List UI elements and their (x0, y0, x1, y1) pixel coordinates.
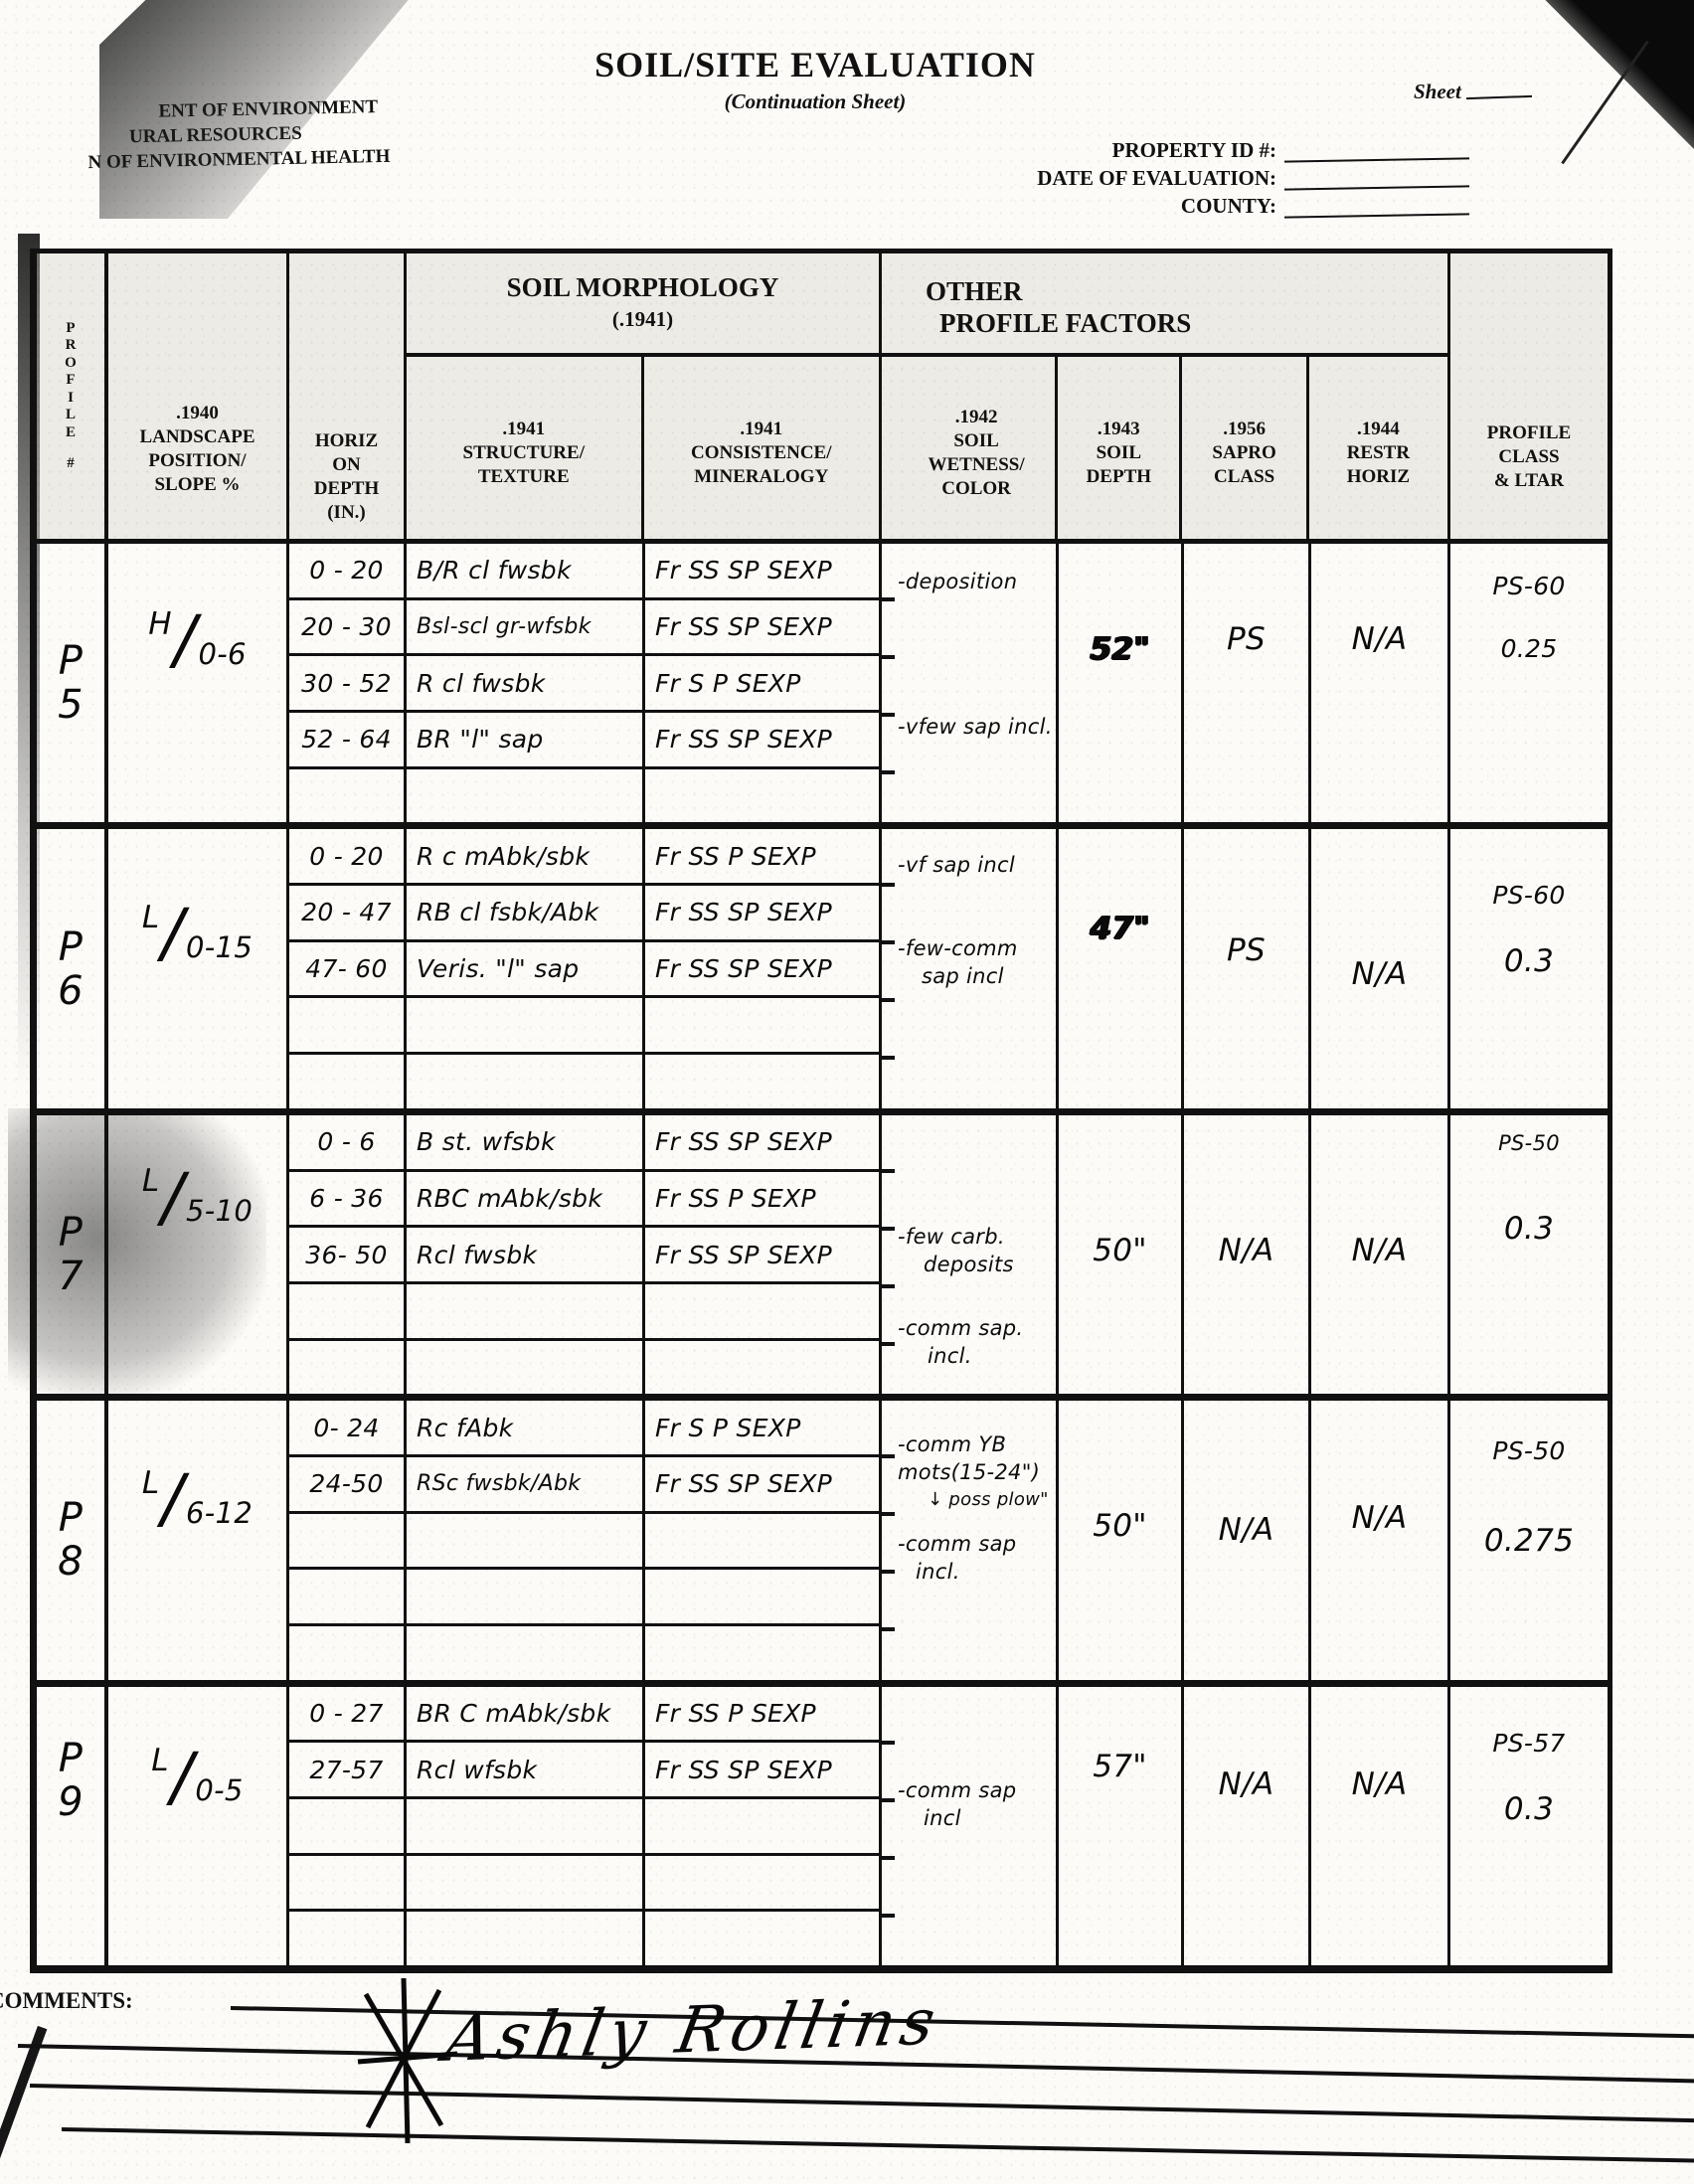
horizon-depth-value: 6 - 36 (309, 1184, 383, 1213)
form-fields: PROPERTY ID #: DATE OF EVALUATION: COUNT… (895, 135, 1469, 219)
wetness-note: -vfew sap incl. (898, 713, 1053, 741)
profile-class-cell: PS-60 0.3 (1450, 829, 1608, 1107)
restrictive-horizon-cell: N/A (1311, 1687, 1450, 1965)
horizon-row-empty (289, 1514, 882, 1571)
consistence-value: Fr SS SP SEXP (655, 725, 832, 754)
restrictive-horizon-header: .1944 RESTR HORIZ (1309, 357, 1447, 539)
profile-class-value: PS-57 (1492, 1729, 1565, 1758)
slash-mark: / (160, 1159, 187, 1236)
sheet-field: Sheet (1414, 80, 1532, 104)
profile-class-value: PS-60 (1492, 572, 1565, 600)
soil-depth-cell: 50" (1059, 1401, 1184, 1679)
structure-value: BR "l" sap (417, 725, 544, 754)
horizon-row: 20 - 30 Bsl-scl gr-wfsbk Fr SS SP SEXP (289, 600, 882, 657)
horizon-row: 0 - 20 B/R cl fwsbk Fr SS SP SEXP (289, 544, 882, 600)
wetness-note: incl. (928, 1342, 972, 1370)
consistence-value: Fr SS SP SEXP (655, 612, 832, 641)
profile-id-cell: P 7 (37, 1115, 108, 1394)
landscape-cell: L/0-15 (108, 829, 289, 1107)
restrictive-horizon-cell: N/A (1311, 829, 1450, 1107)
soil-depth-cell: 47" (1059, 829, 1184, 1107)
soil-depth-header: .1943 SOIL DEPTH (1058, 357, 1182, 539)
profile-group-p6: P 6 L/0-15 0 - 20 R c mAbk/sbk Fr SS P S… (37, 829, 1608, 1114)
wetness-note: incl. (916, 1558, 960, 1586)
soil-wetness-header: .1942 SOIL WETNESS/ COLOR (882, 357, 1058, 539)
restrictive-horizon-cell: N/A (1311, 544, 1450, 822)
comments-rule-line (30, 2084, 1694, 2122)
wetness-note: -vf sap incl (898, 851, 1015, 879)
horizon-depth-header: HORIZ ON DEPTH (IN.) (289, 253, 407, 539)
structure-value: Bsl-scl gr-wfsbk (417, 614, 592, 639)
date-blank-line (1284, 185, 1469, 190)
profile-class-value: PS-50 (1498, 1131, 1560, 1155)
horizon-depth-value: 36- 50 (305, 1241, 387, 1269)
soil-profile-table: P R O F I L E # .1940 LANDSCAPE POSITION… (30, 249, 1612, 1973)
soil-depth-cell: 50" (1059, 1115, 1184, 1394)
horizon-rows: 0 - 20 B/R cl fwsbk Fr SS SP SEXP 20 - 3… (289, 544, 882, 822)
profile-class-cell: PS-60 0.25 (1450, 544, 1608, 822)
ltar-value: 0.25 (1501, 634, 1558, 663)
slash-mark: / (169, 1739, 196, 1815)
consistence-value: Fr SS SP SEXP (655, 954, 832, 983)
profile-class-cell: PS-50 0.3 (1450, 1115, 1608, 1394)
horizon-row-empty (289, 1055, 882, 1108)
wetness-note: -comm sap. (898, 1314, 1023, 1342)
profile-id-cell: P 6 (37, 829, 108, 1107)
horizon-row: 0 - 6 B st. wfsbk Fr SS SP SEXP (289, 1115, 882, 1172)
sapro-class-cell: N/A (1184, 1401, 1311, 1679)
structure-value: RB cl fsbk/Abk (417, 898, 598, 926)
consistence-value: Fr SS SP SEXP (655, 1756, 832, 1784)
wetness-note: ↓ poss plow" (928, 1486, 1049, 1514)
horizon-depth-value: 30 - 52 (301, 669, 392, 698)
horizon-rows: 0 - 6 B st. wfsbk Fr SS SP SEXP 6 - 36 R… (289, 1115, 882, 1394)
soil-depth-cell: 57" (1059, 1687, 1184, 1965)
slash-mark: / (172, 601, 199, 678)
structure-value: Veris. "l" sap (417, 954, 579, 983)
structure-value: B st. wfsbk (417, 1127, 556, 1156)
structure-value: RBC mAbk/sbk (417, 1184, 602, 1213)
soil-morphology-header: SOIL MORPHOLOGY (.1941) (407, 253, 882, 357)
horizon-row-empty (289, 1341, 882, 1395)
consistence-value: Fr SS P SEXP (655, 1184, 816, 1213)
wetness-note: sap incl (922, 962, 1004, 990)
profile-class-ltar-header: PROFILE CLASS & LTAR (1450, 253, 1608, 539)
soil-morphology-header-group: SOIL MORPHOLOGY (.1941) .1941 STRUCTURE/… (407, 253, 882, 539)
wetness-cell: -few carb. deposits -comm sap. incl. (882, 1115, 1059, 1394)
horizon-row: 27-57 Rcl wfsbk Fr SS SP SEXP (289, 1743, 882, 1799)
ltar-value: 0.3 (1504, 1791, 1554, 1827)
horizon-depth-value: 27-57 (309, 1756, 383, 1784)
horizon-rows: 0- 24 Rc fAbk Fr S P SEXP 24-50 RSc fwsb… (289, 1401, 882, 1679)
horizon-row-empty (289, 1799, 882, 1856)
structure-value: Rc fAbk (417, 1414, 513, 1442)
profile-class-cell: PS-57 0.3 (1450, 1687, 1608, 1965)
date-of-evaluation-label: DATE OF EVALUATION: (1037, 166, 1276, 191)
profile-class-value: PS-50 (1492, 1436, 1565, 1465)
consistence-value: Fr SS SP SEXP (655, 898, 832, 926)
soil-depth-cell: 52" (1059, 544, 1184, 822)
wetness-note: -deposition (898, 568, 1017, 595)
horizon-row-empty (289, 1856, 882, 1913)
horizon-depth-value: 0 - 6 (317, 1127, 375, 1156)
ltar-value: 0.275 (1484, 1523, 1574, 1559)
profile-id-cell: P 5 (37, 544, 108, 822)
sheet-label: Sheet (1414, 80, 1461, 103)
comments-label: COMMENTS: (0, 1988, 133, 2014)
structure-value: Rcl fwsbk (417, 1241, 537, 1269)
horizon-row: 0 - 20 R c mAbk/sbk Fr SS P SEXP (289, 829, 882, 886)
profile-group-p5: P 5 H/0-6 0 - 20 B/R cl fwsbk Fr SS SP S… (37, 544, 1608, 829)
horizon-row-empty (289, 1626, 882, 1680)
wetness-note: -few carb. (898, 1223, 1005, 1251)
horizon-row: 52 - 64 BR "l" sap Fr SS SP SEXP (289, 713, 882, 769)
profile-number-header: P R O F I L E # (37, 253, 108, 539)
structure-value: R c mAbk/sbk (417, 842, 590, 871)
horizon-depth-value: 20 - 47 (301, 898, 392, 926)
sapro-class-cell: PS (1184, 544, 1311, 822)
sheet-blank-line (1466, 95, 1532, 99)
structure-value: BR C mAbk/sbk (417, 1699, 610, 1728)
wetness-note: incl (924, 1804, 961, 1832)
slash-mark: / (160, 895, 187, 971)
ltar-value: 0.3 (1504, 1211, 1554, 1247)
page-subtitle: (Continuation Sheet) (418, 89, 1213, 114)
horizon-row: 6 - 36 RBC mAbk/sbk Fr SS P SEXP (289, 1172, 882, 1229)
horizon-row-empty (289, 1284, 882, 1341)
profile-group-p7: P 7 L/5-10 0 - 6 B st. wfsbk Fr SS SP SE… (37, 1115, 1608, 1401)
wetness-note: -comm sap (898, 1776, 1016, 1804)
page-title: SOIL/SITE EVALUATION (418, 44, 1213, 85)
landscape-cell: L/0-5 (108, 1687, 289, 1965)
wetness-cell: -deposition -vfew sap incl. (882, 544, 1059, 822)
horizon-row-empty (289, 1570, 882, 1626)
other-profile-factors-header: OTHER PROFILE FACTORS (882, 253, 1447, 357)
horizon-row-empty (289, 769, 882, 823)
consistence-value: Fr SS SP SEXP (655, 1127, 832, 1156)
horizon-depth-value: 20 - 30 (301, 612, 392, 641)
horizon-depth-value: 0 - 27 (309, 1699, 383, 1728)
horizon-rows: 0 - 20 R c mAbk/sbk Fr SS P SEXP 20 - 47… (289, 829, 882, 1107)
property-id-label: PROPERTY ID #: (1112, 138, 1276, 163)
comments-rule-line (62, 2127, 1694, 2162)
horizon-depth-value: 52 - 64 (301, 725, 392, 754)
profile-group-p8: P 8 L/6-12 0- 24 Rc fAbk Fr S P SEXP 24-… (37, 1401, 1608, 1686)
consistence-value: Fr S P SEXP (655, 669, 801, 698)
restrictive-horizon-cell: N/A (1311, 1401, 1450, 1679)
scanned-form-page: SOIL/SITE EVALUATION (Continuation Sheet… (0, 0, 1694, 2184)
county-label: COUNTY: (1181, 194, 1276, 219)
horizon-row: 0 - 27 BR C mAbk/sbk Fr SS P SEXP (289, 1687, 882, 1744)
restrictive-horizon-cell: N/A (1311, 1115, 1450, 1394)
property-id-blank-line (1284, 157, 1469, 162)
consistence-value: Fr SS P SEXP (655, 1699, 816, 1728)
profile-class-value: PS-60 (1492, 881, 1565, 910)
sapro-class-cell: PS (1184, 829, 1311, 1107)
horizon-row: 30 - 52 R cl fwsbk Fr S P SEXP (289, 656, 882, 713)
wetness-note: mots(15-24") (898, 1458, 1040, 1486)
wetness-cell: -comm sap incl (882, 1687, 1059, 1965)
structure-value: B/R cl fwsbk (417, 556, 572, 585)
profile-group-p9: P 9 L/0-5 0 - 27 BR C mAbk/sbk Fr SS P S… (37, 1687, 1608, 1965)
consistence-mineralogy-header: .1941 CONSISTENCE/ MINERALOGY (644, 357, 880, 539)
structure-texture-header: .1941 STRUCTURE/ TEXTURE (407, 357, 644, 539)
structure-value: RSc fwsbk/Abk (417, 1471, 581, 1496)
sapro-class-header: .1956 SAPRO CLASS (1182, 357, 1308, 539)
horizon-depth-value: 0 - 20 (309, 556, 383, 585)
horizon-depth-value: 0- 24 (313, 1414, 379, 1442)
landscape-cell: H/0-6 (108, 544, 289, 822)
horizon-row: 24-50 RSc fwsbk/Abk Fr SS SP SEXP (289, 1457, 882, 1514)
slash-mark: / (160, 1460, 187, 1537)
structure-value: Rcl wfsbk (417, 1756, 537, 1784)
wetness-note: -comm sap (898, 1530, 1016, 1558)
profile-id-cell: P 9 (37, 1687, 108, 1965)
consistence-value: Fr SS SP SEXP (655, 1241, 832, 1269)
county-blank-line (1284, 213, 1469, 218)
landscape-cell: L/5-10 (108, 1115, 289, 1394)
ltar-value: 0.3 (1504, 943, 1554, 979)
other-profile-factors-header-group: OTHER PROFILE FACTORS .1942 SOIL WETNESS… (882, 253, 1450, 539)
horizon-row: 36- 50 Rcl fwsbk Fr SS SP SEXP (289, 1228, 882, 1284)
horizon-row: 0- 24 Rc fAbk Fr S P SEXP (289, 1401, 882, 1457)
profile-class-cell: PS-50 0.275 (1450, 1401, 1608, 1679)
table-header: P R O F I L E # .1940 LANDSCAPE POSITION… (37, 253, 1608, 544)
sapro-class-cell: N/A (1184, 1687, 1311, 1965)
sapro-class-cell: N/A (1184, 1115, 1311, 1394)
horizon-row-empty (289, 1912, 882, 1965)
horizon-depth-value: 47- 60 (305, 954, 387, 983)
wetness-note: -comm YB (898, 1430, 1006, 1458)
horizon-row-empty (289, 998, 882, 1055)
horizon-depth-value: 0 - 20 (309, 842, 383, 871)
wetness-cell: -comm YB mots(15-24") ↓ poss plow" -comm… (882, 1401, 1059, 1679)
horizon-row: 20 - 47 RB cl fsbk/Abk Fr SS SP SEXP (289, 886, 882, 942)
wetness-cell: -vf sap incl -few-comm sap incl (882, 829, 1059, 1107)
structure-value: R cl fwsbk (417, 669, 546, 698)
landscape-position-header: .1940 LANDSCAPE POSITION/ SLOPE % (108, 253, 289, 539)
consistence-value: Fr SS P SEXP (655, 842, 816, 871)
horizon-rows: 0 - 27 BR C mAbk/sbk Fr SS P SEXP 27-57 … (289, 1687, 882, 1965)
landscape-cell: L/6-12 (108, 1401, 289, 1679)
consistence-value: Fr SS SP SEXP (655, 1469, 832, 1498)
scan-corner-artifact (1525, 0, 1694, 149)
profile-id-cell: P 8 (37, 1401, 108, 1679)
consistence-value: Fr SS SP SEXP (655, 556, 832, 585)
wetness-note: -few-comm (898, 934, 1018, 962)
wetness-note: deposits (924, 1251, 1014, 1278)
horizon-row: 47- 60 Veris. "l" sap Fr SS SP SEXP (289, 942, 882, 999)
horizon-depth-value: 24-50 (309, 1469, 383, 1498)
consistence-value: Fr S P SEXP (655, 1414, 801, 1442)
